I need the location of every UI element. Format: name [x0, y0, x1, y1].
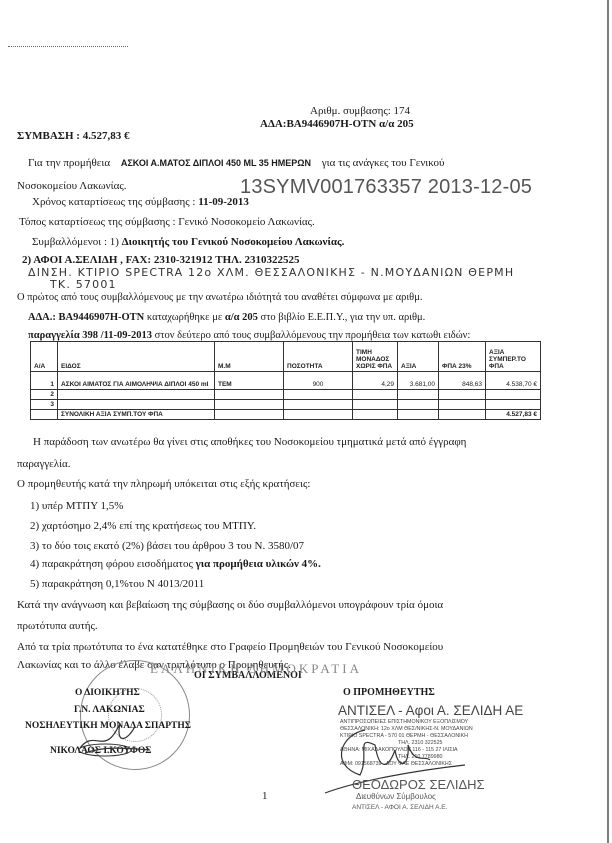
cell-value: 3.681,00 [398, 372, 439, 390]
ada-line: ΑΔΑ.: ΒΑ9446907Η-ΟΤΝ καταχωρήθηκε με α/α… [28, 312, 425, 323]
cell-vat [439, 400, 486, 410]
deduction-5: 5) παρακράτηση 0,1%του Ν 4013/2011 [30, 578, 204, 590]
ada-end: στο βιβλίο Ε.Ε.Π.Υ., για την υπ. αριθμ. [261, 312, 426, 323]
page-number: 1 [262, 790, 268, 802]
header-unit-price: ΤΙΜΗ ΜΟΝΑΔΟΣ ΧΩΡΙΣ ΦΠΑ [353, 342, 398, 372]
cell-unit-price: 4,29 [353, 372, 398, 390]
header-value: ΑΞΙΑ [398, 342, 439, 372]
table-row: 2 [31, 390, 541, 400]
cell-qty [284, 400, 353, 410]
cell-qty [284, 390, 353, 400]
supply-suffix: για τις ανάγκες του Γενικού [322, 157, 445, 169]
registry-stamp: 13SYMV001763357 2013-12-05 [240, 176, 532, 199]
ada-reference: ΑΔΑ:ΒΑ9446907Η-ΟΤΝ α/α 205 [260, 118, 414, 130]
cell-empty [215, 410, 284, 420]
signing-line-1: Κατά την ανάγνωση και βεβαίωση της σύμβα… [17, 599, 443, 611]
supply-line-2: Νοσοκομείου Λακωνίας. [17, 180, 126, 192]
deduction-4-bold: για προμήθεια υλικών 4%. [196, 558, 321, 570]
header-total: ΑΞΙΑ ΣΥΜΠΕΡ.ΤΟ ΦΠΑ [486, 342, 541, 372]
total-label: ΣΥΝΟΛΙΚΗ ΑΞΙΑ ΣΥΜΠ.ΤΟΥ ΦΠΑ [58, 410, 215, 420]
cell-unit: ΤΕΜ [215, 372, 284, 390]
cell-total [486, 390, 541, 400]
cell-item: ΑΣΚΟΙ ΑΙΜΑΤΟΣ ΓΙΑ ΑΙΜΟΛΗΨΙΑ ΔΙΠΛΟΙ 450 m… [58, 372, 215, 390]
cell-empty [398, 410, 439, 420]
deduction-4-text: 4) παρακράτηση φόρου εισοδήματος [30, 558, 193, 570]
delivery-line-2: παραγγελία. [17, 458, 71, 470]
date-line: Χρόνος καταρτίσεως της σύμβασης : 11-09-… [32, 196, 249, 208]
cell-unit [215, 390, 284, 400]
table-header-row: Α/Α ΕΙΔΟΣ Μ.Μ ΠΟΣΟΤΗΤΑ ΤΙΜΗ ΜΟΝΑΔΟΣ ΧΩΡΙ… [31, 342, 541, 372]
cell-vat: 848,63 [439, 372, 486, 390]
scan-edge [607, 0, 609, 843]
cell-value [398, 400, 439, 410]
cell-empty [353, 410, 398, 420]
supply-line: Για την προμήθεια ΑΣΚΟΙ Α.ΜΑΤΟΣ ΔΙΠΛΟΙ 4… [28, 157, 445, 169]
copies-line-1: Από τα τρία πρωτότυπα το ένα κατατέθηκε … [17, 641, 443, 653]
left-org-1: Γ.Ν. ΛΑΚΩΝΙΑΣ [74, 705, 145, 715]
delivery-line-1: Η παράδοση των ανωτέρω θα γίνει στις απο… [33, 436, 466, 448]
header-aa: Α/Α [31, 342, 58, 372]
assign-line: Ο πρώτος από τους συμβαλλόμενους με την … [17, 292, 422, 303]
left-signature-icon [75, 718, 155, 768]
cell-unit [215, 400, 284, 410]
order-line: παραγγελία 398 /11-09-2013 στον δεύτερο … [28, 330, 470, 341]
cell-vat [439, 390, 486, 400]
order-bold: παραγγελία 398 /11-09-2013 [28, 330, 152, 341]
table-row: 1 ΑΣΚΟΙ ΑΙΜΑΤΟΣ ΓΙΑ ΑΙΜΟΛΗΨΙΑ ΔΙΠΛΟΙ 450… [31, 372, 541, 390]
cell-aa: 2 [31, 390, 58, 400]
cell-unit-price [353, 390, 398, 400]
cell-total [486, 400, 541, 410]
handwritten-address-2: ΤΚ. 57001 [50, 278, 117, 291]
date-label: Χρόνος καταρτίσεως της σύμβασης : [32, 196, 195, 208]
left-title: Ο ΔΙΟΙΚΗΤΗΣ [75, 688, 140, 698]
cell-empty [284, 410, 353, 420]
header-item: ΕΙΔΟΣ [58, 342, 215, 372]
supplier-stamp-company: ΑΝΤΙΣΕΛ - Αφοι Α. ΣΕΛΙΔΗ ΑΕ [338, 703, 523, 718]
party-1: Διοικητής του Γενικού Νοσοκομείου Λακωνί… [122, 236, 345, 248]
party-2: 2) ΑΦΟΙ Α.ΣΕΛΙΔΗ , FAX: 2310-321912 ΤΗΛ.… [22, 254, 300, 266]
right-title: Ο ΠΡΟΜΗΘΕΥΤΗΣ [343, 687, 435, 698]
ada-mid: καταχωρήθηκε με [147, 312, 222, 323]
parties-label: Συμβαλλόμενοι : 1) [32, 236, 119, 248]
header-unit: Μ.Μ [215, 342, 284, 372]
cell-empty [31, 410, 58, 420]
parties-line: Συμβαλλόμενοι : 1) Διοικητής του Γενικού… [32, 236, 344, 248]
items-table: Α/Α ΕΙΔΟΣ Μ.Μ ΠΟΣΟΤΗΤΑ ΤΙΜΗ ΜΟΝΑΔΟΣ ΧΩΡΙ… [30, 341, 541, 420]
cell-total: 4.538,70 € [486, 372, 541, 390]
seal-text: ΕΛΛΗΝΙΚΗ ΔΗΜΟΚΡΑΤΙΑ [150, 661, 362, 677]
contract-amount: ΣΥΜΒΑΣΗ : 4.527,83 € [17, 130, 129, 142]
table-total-row: ΣΥΝΟΛΙΚΗ ΑΞΙΑ ΣΥΜΠ.ΤΟΥ ΦΠΑ 4.527,83 € [31, 410, 541, 420]
header-vat: ΦΠΑ 23% [439, 342, 486, 372]
supplier-name: ΘΕΟΔΩΡΟΣ ΣΕΛΙΔΗΣ [352, 777, 485, 792]
cell-item [58, 390, 215, 400]
supply-prefix: Για την προμήθεια [28, 157, 110, 169]
total-value: 4.527,83 € [486, 410, 541, 420]
header-qty: ΠΟΣΟΤΗΤΑ [284, 342, 353, 372]
contract-number: Αριθμ. συμβασης: 174 [310, 105, 410, 117]
cell-empty [439, 410, 486, 420]
deduction-2: 2) χαρτόσημο 2,4% επί της κρατήσεως του … [30, 520, 256, 532]
ada-aa: α/α 205 [225, 312, 258, 323]
cell-qty: 900 [284, 372, 353, 390]
scan-artifact [8, 46, 128, 48]
deduction-3: 3) το δύο τοις εκατό (2%) βάσει του άρθρ… [30, 540, 304, 552]
supplier-company-footer: ΑΝΤΙΣΕΛ - ΑΦΟΙ Α. ΣΕΛΙΔΗ Α.Ε. [352, 804, 447, 811]
table-row: 3 [31, 400, 541, 410]
deduction-1: 1) υπέρ ΜΤΠΥ 1,5% [30, 500, 123, 512]
date-value: 11-09-2013 [198, 196, 249, 208]
ada-bold: ΑΔΑ.: ΒΑ9446907Η-ΟΤΝ [28, 312, 144, 323]
cell-unit-price [353, 400, 398, 410]
signing-line-2: πρωτότυπα αυτής. [17, 620, 98, 632]
cell-aa: 3 [31, 400, 58, 410]
order-rest: στον δεύτερο από τους συμβαλλόμενους την… [155, 330, 471, 341]
deductions-intro: Ο προμηθευτής κατά την πληρωμή υπόκειται… [17, 478, 310, 490]
place-line: Τόπος καταρτίσεως της σύμβασης : Γενικό … [19, 216, 315, 228]
supply-item: ΑΣΚΟΙ Α.ΜΑΤΟΣ ΔΙΠΛΟΙ 450 ML 35 ΗΜΕΡΩΝ [121, 158, 311, 168]
cell-value [398, 390, 439, 400]
cell-aa: 1 [31, 372, 58, 390]
cell-item [58, 400, 215, 410]
deduction-4: 4) παρακράτηση φόρου εισοδήματος για προ… [30, 558, 321, 570]
supplier-role: Διευθύνων Σύμβουλος [356, 792, 436, 801]
